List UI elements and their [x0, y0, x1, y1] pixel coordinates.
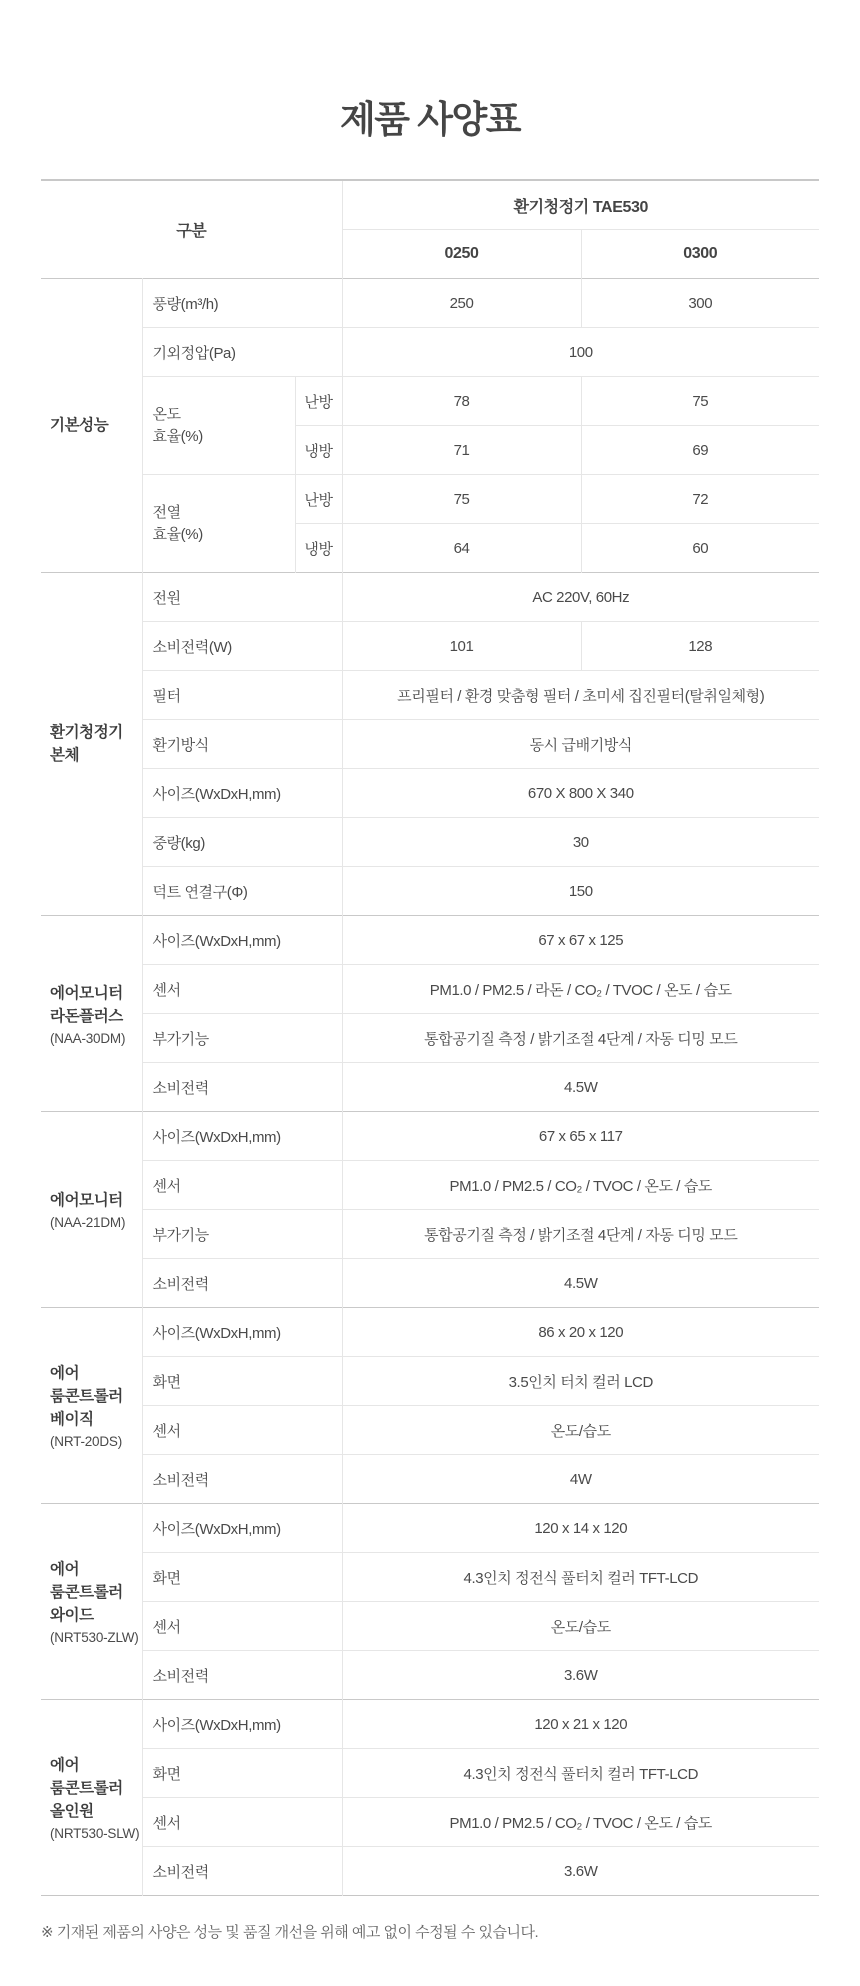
spec-value: 150 — [342, 867, 819, 916]
model-code: (NRT-20DS) — [50, 1434, 142, 1449]
spec-label: 소비전력 — [142, 1651, 342, 1700]
group-label-line: 에어모니터 — [50, 982, 142, 1005]
group-label-line: 와이드 — [50, 1604, 142, 1627]
spec-label: 소비전력 — [142, 1847, 342, 1896]
section-controller-allinone-row: 센서 PM1.0 / PM2.5 / CO₂ / TVOC / 온도 / 습도 — [41, 1798, 819, 1847]
mode-label-cooling: 냉방 — [295, 426, 342, 475]
section-controller-basic-row: 센서 온도/습도 — [41, 1406, 819, 1455]
spec-label: 센서 — [142, 965, 342, 1014]
spec-label: 사이즈(WxDxH,mm) — [142, 1700, 342, 1749]
group-label-line: 올인원 — [50, 1800, 142, 1823]
spec-value: 프리필터 / 환경 맞춤형 필터 / 초미세 집진필터(탈취일체형) — [342, 671, 819, 720]
section-main-unit-row: 소비전력(W) 101 128 — [41, 622, 819, 671]
header-category: 구분 — [41, 180, 342, 279]
group-label-controller-wide: 에어 룸콘트롤러 와이드 (NRT530-ZLW) — [41, 1504, 142, 1700]
mode-label-cooling: 냉방 — [295, 524, 342, 573]
group-label-line: 에어 — [50, 1754, 142, 1777]
model-code: (NAA-30DM) — [50, 1031, 142, 1046]
section-controller-wide-row: 소비전력 3.6W — [41, 1651, 819, 1700]
spec-label: 필터 — [142, 671, 342, 720]
group-label-basic: 기본성능 — [41, 279, 142, 573]
section-monitor-row: 부가기능 통합공기질 측정 / 밝기조절 4단계 / 자동 디밍 모드 — [41, 1210, 819, 1259]
group-label-controller-basic: 에어 룸콘트롤러 베이직 (NRT-20DS) — [41, 1308, 142, 1504]
group-label-line: 에어 — [50, 1362, 142, 1385]
section-basic-row-temp-heating: 온도 효율(%) 난방 78 75 — [41, 377, 819, 426]
header-model-0300: 0300 — [581, 230, 819, 279]
spec-value: 670 X 800 X 340 — [342, 769, 819, 818]
spec-label: 화면 — [142, 1357, 342, 1406]
section-monitor-row: 에어모니터 (NAA-21DM) 사이즈(WxDxH,mm) 67 x 65 x… — [41, 1112, 819, 1161]
header-row-product: 구분 환기청정기 TAE530 — [41, 180, 819, 230]
group-label-monitor: 에어모니터 (NAA-21DM) — [41, 1112, 142, 1308]
section-monitor-radon-row: 에어모니터 라돈플러스 (NAA-30DM) 사이즈(WxDxH,mm) 67 … — [41, 916, 819, 965]
spec-value: 4.5W — [342, 1259, 819, 1308]
section-basic-row-total-heating: 전열 효율(%) 난방 75 72 — [41, 475, 819, 524]
spec-value-0250: 78 — [342, 377, 581, 426]
page-title: 제품 사양표 — [0, 0, 860, 143]
spec-value: 3.6W — [342, 1847, 819, 1896]
spec-value: 67 x 67 x 125 — [342, 916, 819, 965]
section-main-unit-row: 덕트 연결구(Φ) 150 — [41, 867, 819, 916]
spec-label: 풍량(m³/h) — [142, 279, 342, 328]
spec-value-0300: 75 — [581, 377, 819, 426]
section-controller-wide-row: 에어 룸콘트롤러 와이드 (NRT530-ZLW) 사이즈(WxDxH,mm) … — [41, 1504, 819, 1553]
group-label-controller-allinone: 에어 룸콘트롤러 올인원 (NRT530-SLW) — [41, 1700, 142, 1896]
spec-value-0250: 71 — [342, 426, 581, 475]
group-label-line: 에어 — [50, 1558, 142, 1581]
section-controller-allinone-row: 소비전력 3.6W — [41, 1847, 819, 1896]
spec-value: 30 — [342, 818, 819, 867]
section-controller-wide-row: 센서 온도/습도 — [41, 1602, 819, 1651]
group-label-line: 라돈플러스 — [50, 1005, 142, 1028]
model-code: (NRT530-ZLW) — [50, 1630, 142, 1645]
model-code: (NRT530-SLW) — [50, 1826, 142, 1841]
spec-value-0250: 250 — [342, 279, 581, 328]
spec-value: 3.6W — [342, 1651, 819, 1700]
model-code: (NAA-21DM) — [50, 1215, 142, 1230]
spec-value: PM1.0 / PM2.5 / 라돈 / CO₂ / TVOC / 온도 / 습… — [342, 965, 819, 1014]
spec-value: PM1.0 / PM2.5 / CO₂ / TVOC / 온도 / 습도 — [342, 1161, 819, 1210]
section-monitor-radon-row: 센서 PM1.0 / PM2.5 / 라돈 / CO₂ / TVOC / 온도 … — [41, 965, 819, 1014]
spec-label: 사이즈(WxDxH,mm) — [142, 916, 342, 965]
spec-label: 전원 — [142, 573, 342, 622]
mode-label-heating: 난방 — [295, 475, 342, 524]
spec-value-0300: 60 — [581, 524, 819, 573]
spec-label: 소비전력 — [142, 1259, 342, 1308]
disclaimer-footnote: ※ 기재된 제품의 사양은 성능 및 품질 개선을 위해 예고 없이 수정될 수… — [41, 1922, 860, 1944]
spec-label: 소비전력 — [142, 1455, 342, 1504]
spec-value: 4W — [342, 1455, 819, 1504]
spec-label-line: 전열 — [153, 502, 295, 524]
spec-label: 센서 — [142, 1406, 342, 1455]
section-main-unit-row: 필터 프리필터 / 환경 맞춤형 필터 / 초미세 집진필터(탈취일체형) — [41, 671, 819, 720]
spec-label: 부가기능 — [142, 1210, 342, 1259]
section-monitor-radon-row: 소비전력 4.5W — [41, 1063, 819, 1112]
spec-label-line: 효율(%) — [153, 524, 295, 546]
spec-label: 덕트 연결구(Φ) — [142, 867, 342, 916]
spec-label: 센서 — [142, 1798, 342, 1847]
section-main-unit-row: 환기방식 동시 급배기방식 — [41, 720, 819, 769]
spec-value: 67 x 65 x 117 — [342, 1112, 819, 1161]
section-monitor-radon-row: 부가기능 통합공기질 측정 / 밝기조절 4단계 / 자동 디밍 모드 — [41, 1014, 819, 1063]
spec-value: 통합공기질 측정 / 밝기조절 4단계 / 자동 디밍 모드 — [342, 1210, 819, 1259]
spec-value: 온도/습도 — [342, 1406, 819, 1455]
spec-value-0300: 72 — [581, 475, 819, 524]
spec-value: 동시 급배기방식 — [342, 720, 819, 769]
spec-value: 4.3인치 정전식 풀터치 컬러 TFT-LCD — [342, 1749, 819, 1798]
group-label-line: 베이직 — [50, 1408, 142, 1431]
spec-label: 화면 — [142, 1749, 342, 1798]
spec-label: 소비전력(W) — [142, 622, 342, 671]
section-main-unit-row: 환기청정기 본체 전원 AC 220V, 60Hz — [41, 573, 819, 622]
spec-value-0250: 75 — [342, 475, 581, 524]
spec-value-0300: 128 — [581, 622, 819, 671]
header-model-0250: 0250 — [342, 230, 581, 279]
group-label-line: 룸콘트롤러 — [50, 1385, 142, 1408]
spec-value: 100 — [342, 328, 819, 377]
spec-value: 4.5W — [342, 1063, 819, 1112]
spec-value: 4.3인치 정전식 풀터치 컬러 TFT-LCD — [342, 1553, 819, 1602]
section-basic-row-airflow: 기본성능 풍량(m³/h) 250 300 — [41, 279, 819, 328]
spec-value: 120 x 21 x 120 — [342, 1700, 819, 1749]
spec-label-temp-eff: 온도 효율(%) — [142, 377, 295, 475]
spec-label-line: 온도 — [153, 404, 295, 426]
spec-label: 기외정압(Pa) — [142, 328, 342, 377]
spec-label: 센서 — [142, 1161, 342, 1210]
section-main-unit-row: 중량(kg) 30 — [41, 818, 819, 867]
group-label-line: 룸콘트롤러 — [50, 1777, 142, 1800]
section-controller-wide-row: 화면 4.3인치 정전식 풀터치 컬러 TFT-LCD — [41, 1553, 819, 1602]
section-controller-basic-row: 소비전력 4W — [41, 1455, 819, 1504]
spec-label: 화면 — [142, 1553, 342, 1602]
spec-label: 중량(kg) — [142, 818, 342, 867]
spec-value: 온도/습도 — [342, 1602, 819, 1651]
section-controller-basic-row: 화면 3.5인치 터치 컬러 LCD — [41, 1357, 819, 1406]
header-product-name: 환기청정기 TAE530 — [342, 180, 819, 230]
spec-value: PM1.0 / PM2.5 / CO₂ / TVOC / 온도 / 습도 — [342, 1798, 819, 1847]
spec-value-0250: 101 — [342, 622, 581, 671]
group-label-line: 기본성능 — [50, 414, 142, 437]
spec-label: 환기방식 — [142, 720, 342, 769]
spec-value: 86 x 20 x 120 — [342, 1308, 819, 1357]
spec-label: 사이즈(WxDxH,mm) — [142, 1112, 342, 1161]
group-label-line: 에어모니터 — [50, 1189, 142, 1212]
mode-label-heating: 난방 — [295, 377, 342, 426]
spec-label: 부가기능 — [142, 1014, 342, 1063]
spec-value: 3.5인치 터치 컬러 LCD — [342, 1357, 819, 1406]
section-controller-allinone-row: 에어 룸콘트롤러 올인원 (NRT530-SLW) 사이즈(WxDxH,mm) … — [41, 1700, 819, 1749]
spec-label: 소비전력 — [142, 1063, 342, 1112]
section-controller-basic-row: 에어 룸콘트롤러 베이직 (NRT-20DS) 사이즈(WxDxH,mm) 86… — [41, 1308, 819, 1357]
spec-value: 120 x 14 x 120 — [342, 1504, 819, 1553]
spec-value-0300: 300 — [581, 279, 819, 328]
section-controller-allinone-row: 화면 4.3인치 정전식 풀터치 컬러 TFT-LCD — [41, 1749, 819, 1798]
spec-value: AC 220V, 60Hz — [342, 573, 819, 622]
group-label-line: 본체 — [50, 744, 142, 767]
section-basic-row-pressure: 기외정압(Pa) 100 — [41, 328, 819, 377]
group-label-line: 환기청정기 — [50, 721, 142, 744]
spec-value-0250: 64 — [342, 524, 581, 573]
spec-label: 사이즈(WxDxH,mm) — [142, 769, 342, 818]
spec-value: 통합공기질 측정 / 밝기조절 4단계 / 자동 디밍 모드 — [342, 1014, 819, 1063]
spec-page: 제품 사양표 구분 환기청정기 TAE530 0250 0300 기본성능 풍량… — [0, 0, 860, 1986]
section-monitor-row: 센서 PM1.0 / PM2.5 / CO₂ / TVOC / 온도 / 습도 — [41, 1161, 819, 1210]
group-label-main-unit: 환기청정기 본체 — [41, 573, 142, 916]
spec-label: 사이즈(WxDxH,mm) — [142, 1504, 342, 1553]
spec-label: 사이즈(WxDxH,mm) — [142, 1308, 342, 1357]
group-label-line: 룸콘트롤러 — [50, 1581, 142, 1604]
spec-label: 센서 — [142, 1602, 342, 1651]
section-main-unit-row: 사이즈(WxDxH,mm) 670 X 800 X 340 — [41, 769, 819, 818]
spec-value-0300: 69 — [581, 426, 819, 475]
section-monitor-row: 소비전력 4.5W — [41, 1259, 819, 1308]
group-label-monitor-radon: 에어모니터 라돈플러스 (NAA-30DM) — [41, 916, 142, 1112]
spec-table: 구분 환기청정기 TAE530 0250 0300 기본성능 풍량(m³/h) … — [41, 179, 819, 1896]
spec-label-line: 효율(%) — [153, 426, 295, 448]
spec-label-total-eff: 전열 효율(%) — [142, 475, 295, 573]
